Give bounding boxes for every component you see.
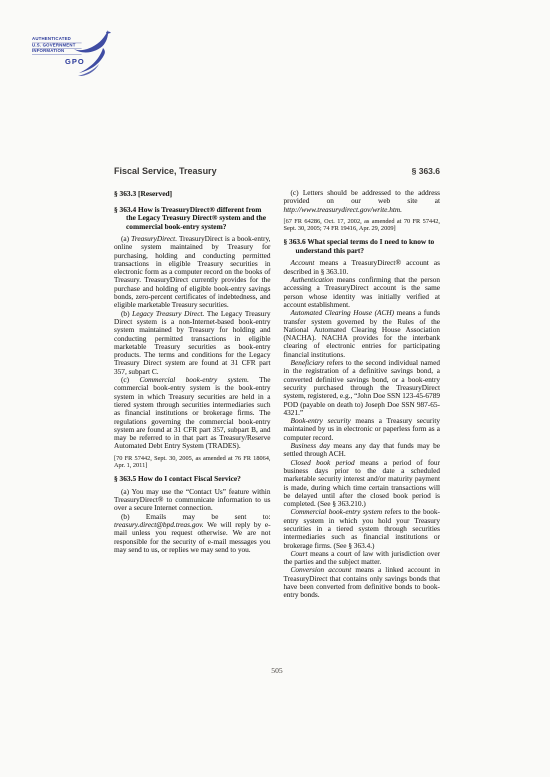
two-column-layout: § 363.3 [Reserved] § 363.4 How is Treasu…: [114, 189, 440, 600]
paragraph-363-5-a: (a) You may use the “Contact Us” feature…: [114, 488, 271, 513]
paragraph-363-4-b: (b) Legacy Treasury Direct. The Legacy T…: [114, 310, 271, 376]
citation-363-5: [67 FR 64286, Oct. 17, 2002, as amended …: [284, 218, 441, 233]
left-column: § 363.3 [Reserved] § 363.4 How is Treasu…: [114, 189, 271, 600]
definition-paragraph: Closed book period means a period of fou…: [284, 459, 441, 509]
definition-paragraph: Beneficiary refers to the second individ…: [284, 359, 441, 417]
paragraph-363-4-a: (a) TreasuryDirect. TreasuryDirect is a …: [114, 235, 271, 310]
definition-text: means a period of four business days pri…: [284, 458, 441, 508]
definition-paragraph: Authentication means confirming that the…: [284, 276, 441, 309]
running-head-section: § 363.6: [412, 166, 440, 176]
definition-text: refers to the second individual named in…: [284, 358, 441, 417]
paragraph-363-5-c: (c) Letters should be addressed to the a…: [284, 189, 441, 214]
body-text: (c) Letters should be addressed to the a…: [284, 188, 441, 205]
section-363-5-heading: § 363.5 How do I contact Fiscal Service?: [114, 475, 271, 484]
paragraph-363-4-c: (c) Commercial book-entry system. The co…: [114, 376, 271, 451]
page-content: Fiscal Service, Treasury § 363.6 § 363.3…: [114, 166, 440, 600]
definition-paragraph: Business day means any day that funds ma…: [284, 442, 441, 459]
definition-paragraph: Commercial book-entry system refers to t…: [284, 508, 441, 549]
definitions-list: Account means a TreasuryDirect® account …: [284, 259, 441, 599]
body-text: The Legacy Treasury Direct system is a n…: [114, 309, 271, 376]
section-363-3-heading: § 363.3 [Reserved]: [114, 190, 271, 199]
definition-text: means a court of law with jurisdiction o…: [284, 549, 441, 566]
definition-paragraph: Conversion account means a linked accoun…: [284, 566, 441, 599]
right-column: (c) Letters should be addressed to the a…: [284, 189, 441, 600]
section-363-4-heading: § 363.4 How is TreasuryDirect® different…: [114, 206, 271, 232]
italic-text: http://www.treasurydirect.gov/write.htm.: [284, 205, 403, 214]
document-page: AUTHENTICATED U.S. GOVERNMENT INFORMATIO…: [0, 0, 550, 777]
definition-paragraph: Book-entry security means a Treasury sec…: [284, 417, 441, 442]
definition-paragraph: Court means a court of law with jurisdic…: [284, 550, 441, 567]
gpo-logo: AUTHENTICATED U.S. GOVERNMENT INFORMATIO…: [32, 30, 112, 88]
running-head-title: Fiscal Service, Treasury: [114, 166, 217, 176]
definition-paragraph: Automated Clearing House (ACH) means a f…: [284, 309, 441, 359]
body-text: The commercial book-entry system is the …: [114, 375, 271, 450]
section-363-6-heading: § 363.6 What special terms do I need to …: [284, 238, 441, 255]
body-text: TreasuryDirect is a book-entry, online s…: [114, 234, 271, 309]
gpo-eagle-icon: [72, 28, 112, 84]
citation-363-4: [70 FR 57442, Sept. 30, 2005, as amended…: [114, 455, 271, 470]
gpo-label: GPO: [65, 57, 85, 66]
definition-paragraph: Account means a TreasuryDirect® account …: [284, 259, 441, 276]
running-head: Fiscal Service, Treasury § 363.6: [114, 166, 440, 176]
body-text: (a) You may use the “Contact Us” feature…: [114, 487, 271, 513]
paragraph-363-5-b: (b) Emails may be sent to: treasury.dire…: [114, 513, 271, 554]
page-number: 505: [114, 666, 440, 675]
definition-text: means a funds transfer system governed b…: [284, 308, 441, 358]
